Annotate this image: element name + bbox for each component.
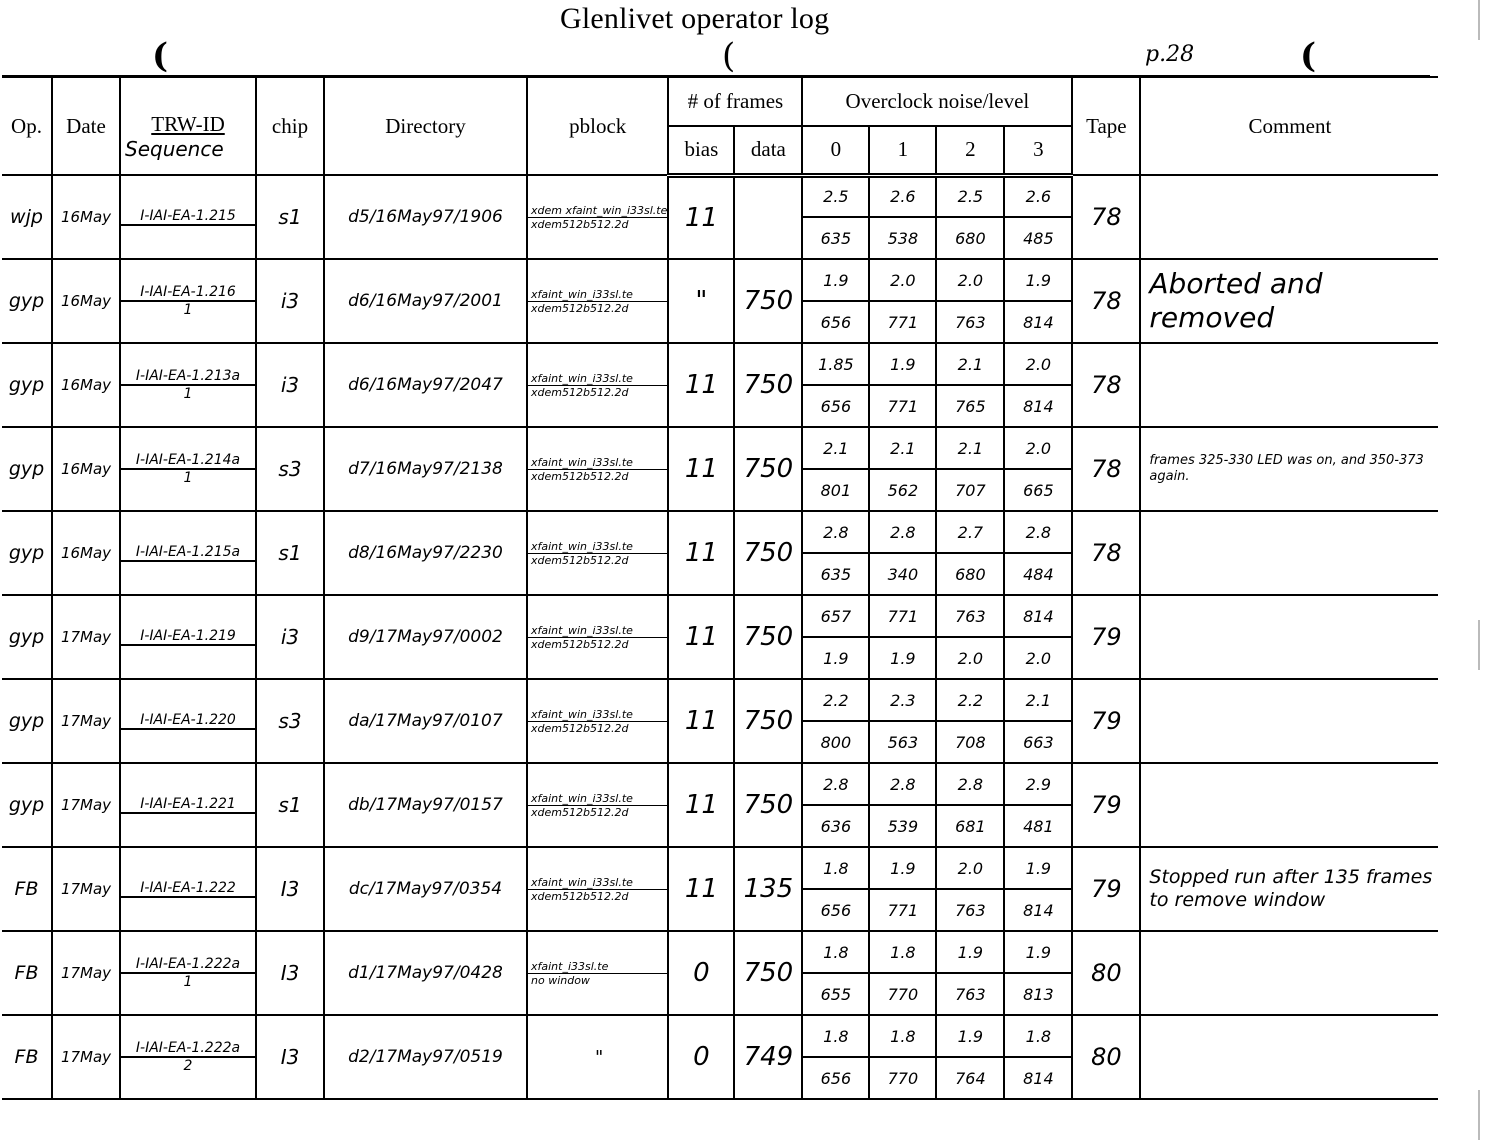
date: 16May <box>52 427 120 511</box>
oc-level-3: 663 <box>1004 721 1072 763</box>
col-chip: chip <box>256 77 324 175</box>
operator: gyp <box>2 763 52 847</box>
table-row: FB 17May I-IAI-EA-1.222 I3 dc/17May97/03… <box>2 847 1438 889</box>
margin-mark: ( <box>152 36 168 76</box>
pblock-bottom: xdem512b512.2d <box>528 722 667 735</box>
data-frames: 135 <box>734 847 802 931</box>
directory: d5/16May97/1906 <box>324 175 527 259</box>
trw-id-cell: I-IAI-EA-1.219 <box>120 595 256 679</box>
oc-noise-0: 1.9 <box>802 259 869 301</box>
oc-noise-0: 2.8 <box>802 511 869 553</box>
oc-noise-2: 2.8 <box>936 763 1004 805</box>
oc-noise-2: 763 <box>936 595 1004 637</box>
oc-level-1: 539 <box>869 805 936 847</box>
directory: dc/17May97/0354 <box>324 847 527 931</box>
oc-noise-2: 2.2 <box>936 679 1004 721</box>
pblock-top: xfaint_win_i33sl.te <box>528 792 667 806</box>
tape: 79 <box>1072 847 1140 931</box>
directory: d9/17May97/0002 <box>324 595 527 679</box>
trw-id-cell: I-IAI-EA-1.214a 1 <box>120 427 256 511</box>
oc-noise-2: 2.0 <box>936 259 1004 301</box>
data-frames: 750 <box>734 763 802 847</box>
pblock-bottom: xdem512b512.2d <box>528 554 667 567</box>
tape: 78 <box>1072 511 1140 595</box>
pblock-bottom: xdem512b512.2d <box>528 218 667 231</box>
oc-noise-3: 814 <box>1004 595 1072 637</box>
operator-log-table: Op. Date TRW-ID Sequence chip Directory … <box>2 76 1438 1100</box>
oc-noise-3: 2.0 <box>1004 427 1072 469</box>
trw-id-cell: I-IAI-EA-1.222a 2 <box>120 1015 256 1099</box>
scan-edge <box>1478 0 1480 40</box>
oc-noise-3: 1.8 <box>1004 1015 1072 1057</box>
pblock-bottom: xdem512b512.2d <box>528 386 667 399</box>
operator: FB <box>2 1015 52 1099</box>
col-tape: Tape <box>1072 77 1140 175</box>
oc-level-2: 764 <box>936 1057 1004 1099</box>
oc-level-2: 763 <box>936 973 1004 1015</box>
oc-level-0: 656 <box>802 1057 869 1099</box>
oc-level-2: 707 <box>936 469 1004 511</box>
pblock-top: xfaint_win_i33sl.te <box>528 372 667 386</box>
oc-level-0: 801 <box>802 469 869 511</box>
data-frames: 750 <box>734 259 802 343</box>
sequence: 1 <box>121 470 255 486</box>
trw-id: I-IAI-EA-1.222a <box>121 956 255 974</box>
bias-frames: 11 <box>668 679 734 763</box>
oc-level-1: 340 <box>869 553 936 595</box>
oc-level-1: 770 <box>869 1057 936 1099</box>
date: 17May <box>52 931 120 1015</box>
trw-id: I-IAI-EA-1.215a <box>121 544 255 562</box>
margin-mark: ( <box>722 36 735 76</box>
col-bias: bias <box>668 126 734 175</box>
comment <box>1140 511 1438 595</box>
bias-frames: 11 <box>668 343 734 427</box>
bias-frames: 11 <box>668 175 734 259</box>
pblock-bottom: xdem512b512.2d <box>528 806 667 819</box>
col-trw-id: TRW-ID Sequence <box>120 77 256 175</box>
tape: 80 <box>1072 931 1140 1015</box>
trw-id: I-IAI-EA-1.215 <box>121 208 255 226</box>
data-frames: 749 <box>734 1015 802 1099</box>
oc-noise-0: 2.8 <box>802 763 869 805</box>
directory: d1/17May97/0428 <box>324 931 527 1015</box>
table-row: FB 17May I-IAI-EA-1.222a 1 I3 d1/17May97… <box>2 931 1438 973</box>
pblock-top: " <box>528 1047 667 1068</box>
oc-noise-0: 2.1 <box>802 427 869 469</box>
date: 17May <box>52 595 120 679</box>
oc-level-2: 681 <box>936 805 1004 847</box>
tape: 79 <box>1072 679 1140 763</box>
oc-noise-2: 2.1 <box>936 343 1004 385</box>
trw-id: I-IAI-EA-1.220 <box>121 712 255 730</box>
chip: s1 <box>256 175 324 259</box>
pblock-top: xdem xfaint_win_i33sl.te <box>528 204 667 218</box>
oc-noise-3: 2.8 <box>1004 511 1072 553</box>
oc-noise-3: 2.9 <box>1004 763 1072 805</box>
comment: Stopped run after 135 frames to remove w… <box>1140 847 1438 931</box>
directory: d6/16May97/2047 <box>324 343 527 427</box>
oc-level-3: 813 <box>1004 973 1072 1015</box>
col-comment: Comment <box>1140 77 1438 175</box>
trw-id-cell: I-IAI-EA-1.215 <box>120 175 256 259</box>
comment: frames 325-330 LED was on, and 350-373 a… <box>1140 427 1438 511</box>
directory: d6/16May97/2001 <box>324 259 527 343</box>
pblock-cell: xfaint_win_i33sl.te xdem512b512.2d <box>527 427 668 511</box>
pblock-bottom: no window <box>528 974 667 987</box>
directory: d2/17May97/0519 <box>324 1015 527 1099</box>
col-data: data <box>734 126 802 175</box>
oc-noise-3: 2.6 <box>1004 175 1072 217</box>
oc-level-2: 680 <box>936 217 1004 259</box>
oc-noise-3: 1.9 <box>1004 931 1072 973</box>
data-frames <box>734 175 802 259</box>
trw-id-cell: I-IAI-EA-1.216 1 <box>120 259 256 343</box>
oc-level-2: 765 <box>936 385 1004 427</box>
trw-id-cell: I-IAI-EA-1.215a <box>120 511 256 595</box>
oc-level-0: 635 <box>802 553 869 595</box>
pblock-cell: xfaint_win_i33sl.te xdem512b512.2d <box>527 595 668 679</box>
col-oc-2: 2 <box>936 126 1004 175</box>
comment <box>1140 175 1438 259</box>
trw-id: I-IAI-EA-1.221 <box>121 796 255 814</box>
chip: i3 <box>256 343 324 427</box>
data-frames: 750 <box>734 679 802 763</box>
chip: I3 <box>256 847 324 931</box>
oc-level-3: 814 <box>1004 385 1072 427</box>
comment <box>1140 931 1438 1015</box>
operator: FB <box>2 931 52 1015</box>
table-row: gyp 17May I-IAI-EA-1.220 s3 da/17May97/0… <box>2 679 1438 721</box>
date: 17May <box>52 763 120 847</box>
date: 16May <box>52 175 120 259</box>
data-frames: 750 <box>734 343 802 427</box>
tape: 78 <box>1072 175 1140 259</box>
pblock-cell: " <box>527 1015 668 1099</box>
tape: 79 <box>1072 595 1140 679</box>
oc-noise-2: 2.5 <box>936 175 1004 217</box>
comment <box>1140 595 1438 679</box>
date: 16May <box>52 511 120 595</box>
oc-noise-0: 1.8 <box>802 1015 869 1057</box>
tape: 79 <box>1072 763 1140 847</box>
col-directory: Directory <box>324 77 527 175</box>
table-row: gyp 16May I-IAI-EA-1.216 1 i3 d6/16May97… <box>2 259 1438 301</box>
table-row: gyp 17May I-IAI-EA-1.219 i3 d9/17May97/0… <box>2 595 1438 637</box>
oc-noise-0: 2.2 <box>802 679 869 721</box>
tape: 78 <box>1072 427 1140 511</box>
sequence: 1 <box>121 974 255 990</box>
oc-noise-2: 1.9 <box>936 931 1004 973</box>
operator: gyp <box>2 511 52 595</box>
trw-id-cell: I-IAI-EA-1.220 <box>120 679 256 763</box>
table-row: gyp 17May I-IAI-EA-1.221 s1 db/17May97/0… <box>2 763 1438 805</box>
table-row: gyp 16May I-IAI-EA-1.213a 1 i3 d6/16May9… <box>2 343 1438 385</box>
oc-noise-1: 1.8 <box>869 1015 936 1057</box>
data-frames: 750 <box>734 931 802 1015</box>
oc-level-0: 656 <box>802 889 869 931</box>
oc-noise-3: 1.9 <box>1004 259 1072 301</box>
pblock-cell: xfaint_win_i33sl.te xdem512b512.2d <box>527 259 668 343</box>
pblock-top: xfaint_i33sl.te <box>528 960 667 974</box>
date: 16May <box>52 259 120 343</box>
bias-frames: 11 <box>668 595 734 679</box>
oc-noise-3: 1.9 <box>1004 847 1072 889</box>
operator: gyp <box>2 259 52 343</box>
oc-level-1: 538 <box>869 217 936 259</box>
oc-level-1: 770 <box>869 973 936 1015</box>
comment: Aborted and removed <box>1140 259 1438 343</box>
date: 17May <box>52 847 120 931</box>
operator: FB <box>2 847 52 931</box>
directory: d8/16May97/2230 <box>324 511 527 595</box>
col-overclock: Overclock noise/level <box>802 77 1072 126</box>
oc-level-2: 2.0 <box>936 637 1004 679</box>
chip: I3 <box>256 931 324 1015</box>
pblock-bottom: xdem512b512.2d <box>528 638 667 651</box>
chip: s1 <box>256 511 324 595</box>
chip: i3 <box>256 595 324 679</box>
date: 16May <box>52 343 120 427</box>
comment <box>1140 1015 1438 1099</box>
oc-level-1: 562 <box>869 469 936 511</box>
oc-noise-3: 2.1 <box>1004 679 1072 721</box>
tape: 78 <box>1072 343 1140 427</box>
oc-level-3: 481 <box>1004 805 1072 847</box>
oc-noise-3: 2.0 <box>1004 343 1072 385</box>
table-row: FB 17May I-IAI-EA-1.222a 2 I3 d2/17May97… <box>2 1015 1438 1057</box>
oc-noise-0: 2.5 <box>802 175 869 217</box>
oc-level-3: 814 <box>1004 1057 1072 1099</box>
oc-level-1: 771 <box>869 385 936 427</box>
oc-noise-1: 1.9 <box>869 343 936 385</box>
oc-level-3: 665 <box>1004 469 1072 511</box>
pblock-cell: xfaint_win_i33sl.te xdem512b512.2d <box>527 763 668 847</box>
oc-level-0: 1.9 <box>802 637 869 679</box>
oc-level-0: 656 <box>802 385 869 427</box>
trw-id-cell: I-IAI-EA-1.221 <box>120 763 256 847</box>
oc-level-1: 1.9 <box>869 637 936 679</box>
chip: I3 <box>256 1015 324 1099</box>
scan-edge <box>1478 1090 1480 1140</box>
pblock-top: xfaint_win_i33sl.te <box>528 624 667 638</box>
pblock-top: xfaint_win_i33sl.te <box>528 288 667 302</box>
trw-id: I-IAI-EA-1.214a <box>121 452 255 470</box>
oc-noise-0: 657 <box>802 595 869 637</box>
bias-frames: 11 <box>668 511 734 595</box>
data-frames: 750 <box>734 427 802 511</box>
date: 17May <box>52 679 120 763</box>
oc-level-3: 814 <box>1004 301 1072 343</box>
pblock-cell: xfaint_i33sl.te no window <box>527 931 668 1015</box>
col-oc-0: 0 <box>802 126 869 175</box>
directory: db/17May97/0157 <box>324 763 527 847</box>
chip: s1 <box>256 763 324 847</box>
oc-level-2: 708 <box>936 721 1004 763</box>
data-frames: 750 <box>734 595 802 679</box>
oc-level-2: 680 <box>936 553 1004 595</box>
comment <box>1140 679 1438 763</box>
operator: gyp <box>2 595 52 679</box>
oc-noise-1: 2.1 <box>869 427 936 469</box>
trw-id: I-IAI-EA-1.213a <box>121 368 255 386</box>
oc-noise-1: 1.8 <box>869 931 936 973</box>
pblock-top: xfaint_win_i33sl.te <box>528 540 667 554</box>
pblock-top: xfaint_win_i33sl.te <box>528 708 667 722</box>
pblock-cell: xdem xfaint_win_i33sl.te xdem512b512.2d <box>527 175 668 259</box>
bias-frames: " <box>668 259 734 343</box>
scan-edge <box>1478 620 1480 670</box>
oc-level-3: 2.0 <box>1004 637 1072 679</box>
bias-frames: 11 <box>668 763 734 847</box>
oc-noise-2: 2.0 <box>936 847 1004 889</box>
oc-level-2: 763 <box>936 301 1004 343</box>
trw-id: I-IAI-EA-1.222 <box>121 880 255 898</box>
trw-id: I-IAI-EA-1.216 <box>121 284 255 302</box>
trw-id: I-IAI-EA-1.222a <box>121 1040 255 1058</box>
oc-noise-0: 1.85 <box>802 343 869 385</box>
oc-noise-1: 2.8 <box>869 511 936 553</box>
operator: gyp <box>2 343 52 427</box>
oc-level-0: 656 <box>802 301 869 343</box>
trw-id-cell: I-IAI-EA-1.213a 1 <box>120 343 256 427</box>
table-row: gyp 16May I-IAI-EA-1.214a 1 s3 d7/16May9… <box>2 427 1438 469</box>
col-pblock: pblock <box>527 77 668 175</box>
col-date: Date <box>52 77 120 175</box>
sequence-label: Sequence <box>121 137 255 161</box>
oc-level-0: 635 <box>802 217 869 259</box>
oc-noise-2: 2.1 <box>936 427 1004 469</box>
oc-noise-2: 1.9 <box>936 1015 1004 1057</box>
chip: s3 <box>256 679 324 763</box>
oc-noise-0: 1.8 <box>802 931 869 973</box>
page-number: p.28 <box>1145 42 1194 67</box>
tape: 78 <box>1072 259 1140 343</box>
directory: da/17May97/0107 <box>324 679 527 763</box>
comment <box>1140 763 1438 847</box>
pblock-cell: xfaint_win_i33sl.te xdem512b512.2d <box>527 679 668 763</box>
oc-level-3: 484 <box>1004 553 1072 595</box>
operator: gyp <box>2 427 52 511</box>
directory: d7/16May97/2138 <box>324 427 527 511</box>
oc-noise-1: 2.6 <box>869 175 936 217</box>
tape: 80 <box>1072 1015 1140 1099</box>
oc-noise-2: 2.7 <box>936 511 1004 553</box>
bias-frames: 0 <box>668 1015 734 1099</box>
date: 17May <box>52 1015 120 1099</box>
oc-noise-1: 2.8 <box>869 763 936 805</box>
pblock-top: xfaint_win_i33sl.te <box>528 876 667 890</box>
comment <box>1140 343 1438 427</box>
oc-noise-1: 771 <box>869 595 936 637</box>
oc-noise-1: 2.0 <box>869 259 936 301</box>
oc-level-1: 771 <box>869 889 936 931</box>
pblock-bottom: xdem512b512.2d <box>528 890 667 903</box>
oc-level-0: 636 <box>802 805 869 847</box>
data-frames: 750 <box>734 511 802 595</box>
oc-level-3: 485 <box>1004 217 1072 259</box>
sequence: 2 <box>121 1058 255 1074</box>
bias-frames: 11 <box>668 427 734 511</box>
oc-level-0: 800 <box>802 721 869 763</box>
operator: gyp <box>2 679 52 763</box>
oc-noise-1: 1.9 <box>869 847 936 889</box>
oc-noise-0: 1.8 <box>802 847 869 889</box>
margin-mark: ( <box>1300 36 1316 76</box>
page-title: Glenlivet operator log <box>560 2 829 36</box>
pblock-cell: xfaint_win_i33sl.te xdem512b512.2d <box>527 343 668 427</box>
pblock-bottom: xdem512b512.2d <box>528 302 667 315</box>
bias-frames: 11 <box>668 847 734 931</box>
col-frames: # of frames <box>668 77 802 126</box>
trw-id: I-IAI-EA-1.219 <box>121 628 255 646</box>
oc-noise-1: 2.3 <box>869 679 936 721</box>
col-oc-1: 1 <box>869 126 936 175</box>
table-row: gyp 16May I-IAI-EA-1.215a s1 d8/16May97/… <box>2 511 1438 553</box>
bias-frames: 0 <box>668 931 734 1015</box>
trw-id-cell: I-IAI-EA-1.222 <box>120 847 256 931</box>
col-op: Op. <box>2 77 52 175</box>
pblock-cell: xfaint_win_i33sl.te xdem512b512.2d <box>527 511 668 595</box>
oc-level-0: 655 <box>802 973 869 1015</box>
sequence: 1 <box>121 302 255 318</box>
oc-level-2: 763 <box>936 889 1004 931</box>
trw-id-label: TRW-ID <box>121 78 255 137</box>
sequence: 1 <box>121 386 255 402</box>
oc-level-3: 814 <box>1004 889 1072 931</box>
pblock-top: xfaint_win_i33sl.te <box>528 456 667 470</box>
chip: i3 <box>256 259 324 343</box>
operator: wjp <box>2 175 52 259</box>
oc-level-1: 771 <box>869 301 936 343</box>
table-row: wjp 16May I-IAI-EA-1.215 s1 d5/16May97/1… <box>2 175 1438 217</box>
chip: s3 <box>256 427 324 511</box>
pblock-cell: xfaint_win_i33sl.te xdem512b512.2d <box>527 847 668 931</box>
col-oc-3: 3 <box>1004 126 1072 175</box>
trw-id-cell: I-IAI-EA-1.222a 1 <box>120 931 256 1015</box>
pblock-bottom: xdem512b512.2d <box>528 470 667 483</box>
oc-level-1: 563 <box>869 721 936 763</box>
